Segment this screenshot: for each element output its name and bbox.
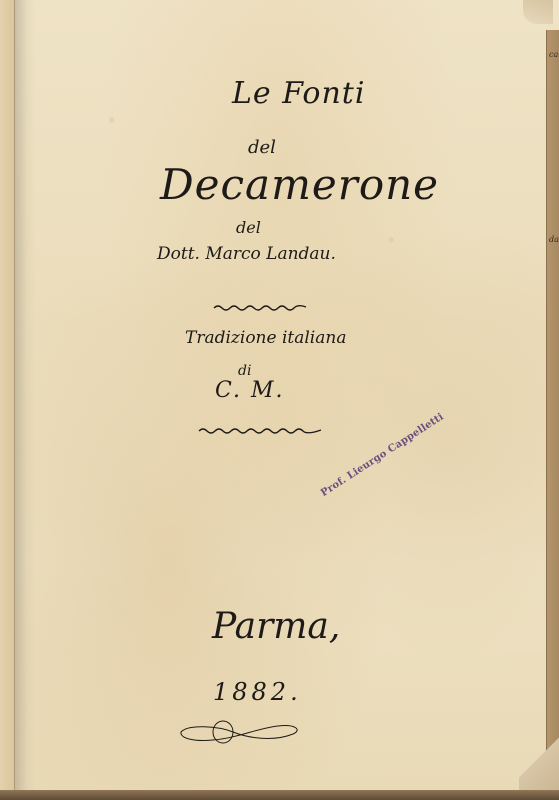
decorative-flourish <box>178 718 303 754</box>
bottom-page-edge <box>0 790 559 800</box>
byline-connector: del <box>236 218 261 237</box>
translator-connector: di <box>238 363 251 379</box>
translator-initials: C. M. <box>215 378 285 403</box>
edge-mark: ca <box>549 50 558 59</box>
binding-shadow <box>14 0 36 790</box>
right-page-edge: ca da <box>546 30 559 800</box>
translation-note: Tradizione italiana <box>185 328 346 348</box>
place-of-publication: Parma, <box>212 606 340 647</box>
bottom-corner-fold <box>519 732 559 792</box>
wavy-divider-1 <box>213 303 308 309</box>
edge-mark: da <box>549 235 559 244</box>
wavy-divider-2 <box>198 426 323 432</box>
top-corner-tear <box>523 0 553 24</box>
title-line-1: Le Fonti <box>232 76 365 111</box>
author-name: Dott. Marco Landau. <box>157 244 336 264</box>
title-line-3: Decamerone <box>160 160 439 209</box>
left-page-edge <box>0 0 15 800</box>
publication-year: 1882. <box>213 678 302 706</box>
title-line-2: del <box>248 137 276 158</box>
